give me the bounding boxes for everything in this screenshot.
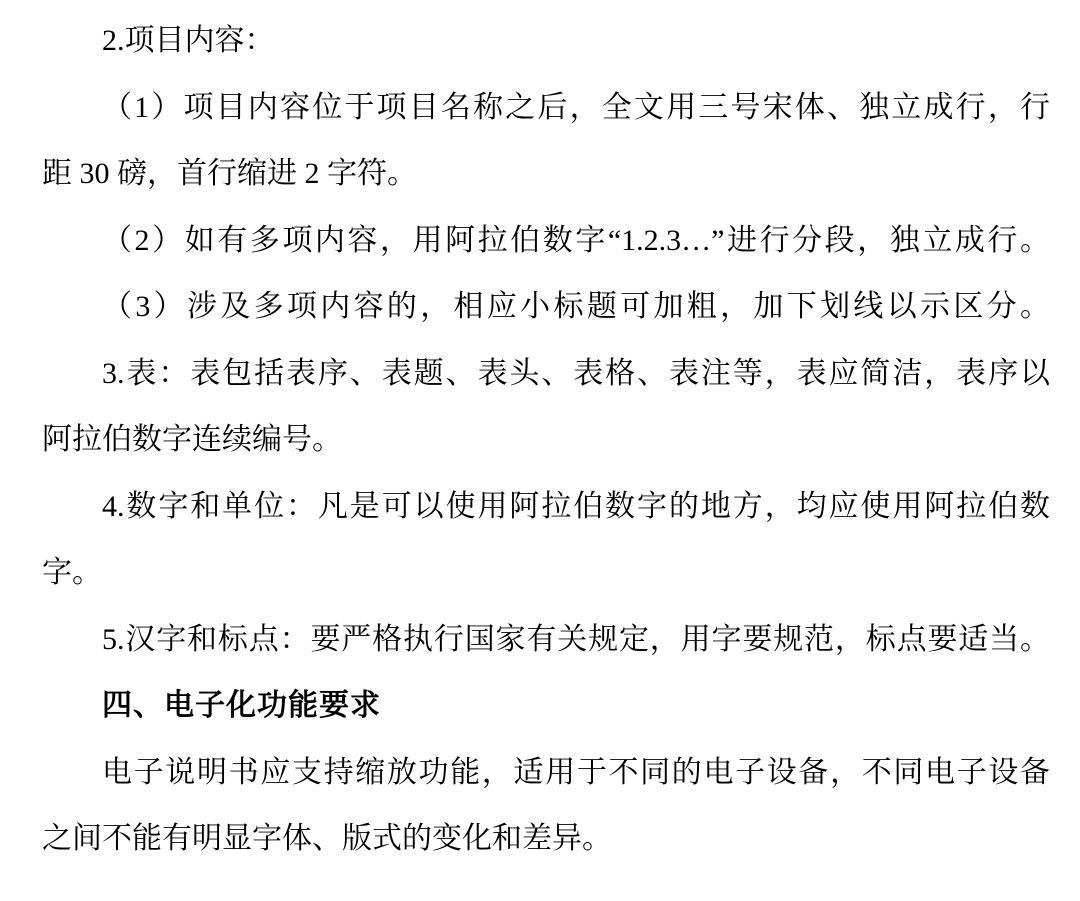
- document-page: 2.项目内容： （1）项目内容位于项目名称之后，全文用三号宋体、独立成行，行 距…: [0, 0, 1080, 901]
- paragraph-line: 2.项目内容：: [42, 8, 1050, 75]
- paragraph-line: 阿拉伯数字连续编号。: [42, 407, 1050, 474]
- paragraph-line: 字。: [42, 540, 1050, 607]
- paragraph-line: （2）如有多项内容，用阿拉伯数字“1.2.3…”进行分段，独立成行。: [42, 208, 1050, 275]
- paragraph-line: 电子说明书应支持缩放功能，适用于不同的电子设备，不同电子设备: [42, 740, 1050, 807]
- section-heading: 四、电子化功能要求: [42, 673, 1050, 740]
- paragraph-line: 4.数字和单位：凡是可以使用阿拉伯数字的地方，均应使用阿拉伯数: [42, 474, 1050, 541]
- paragraph-line: （3）涉及多项内容的，相应小标题可加粗，加下划线以示区分。: [42, 274, 1050, 341]
- paragraph-line: 3.表：表包括表序、表题、表头、表格、表注等，表应简洁，表序以: [42, 341, 1050, 408]
- paragraph-line: 距 30 磅，首行缩进 2 字符。: [42, 141, 1050, 208]
- paragraph-line: 5.汉字和标点：要严格执行国家有关规定，用字要规范，标点要适当。: [42, 607, 1050, 674]
- paragraph-line: 之间不能有明显字体、版式的变化和差异。: [42, 806, 1050, 873]
- paragraph-line: （1）项目内容位于项目名称之后，全文用三号宋体、独立成行，行: [42, 75, 1050, 142]
